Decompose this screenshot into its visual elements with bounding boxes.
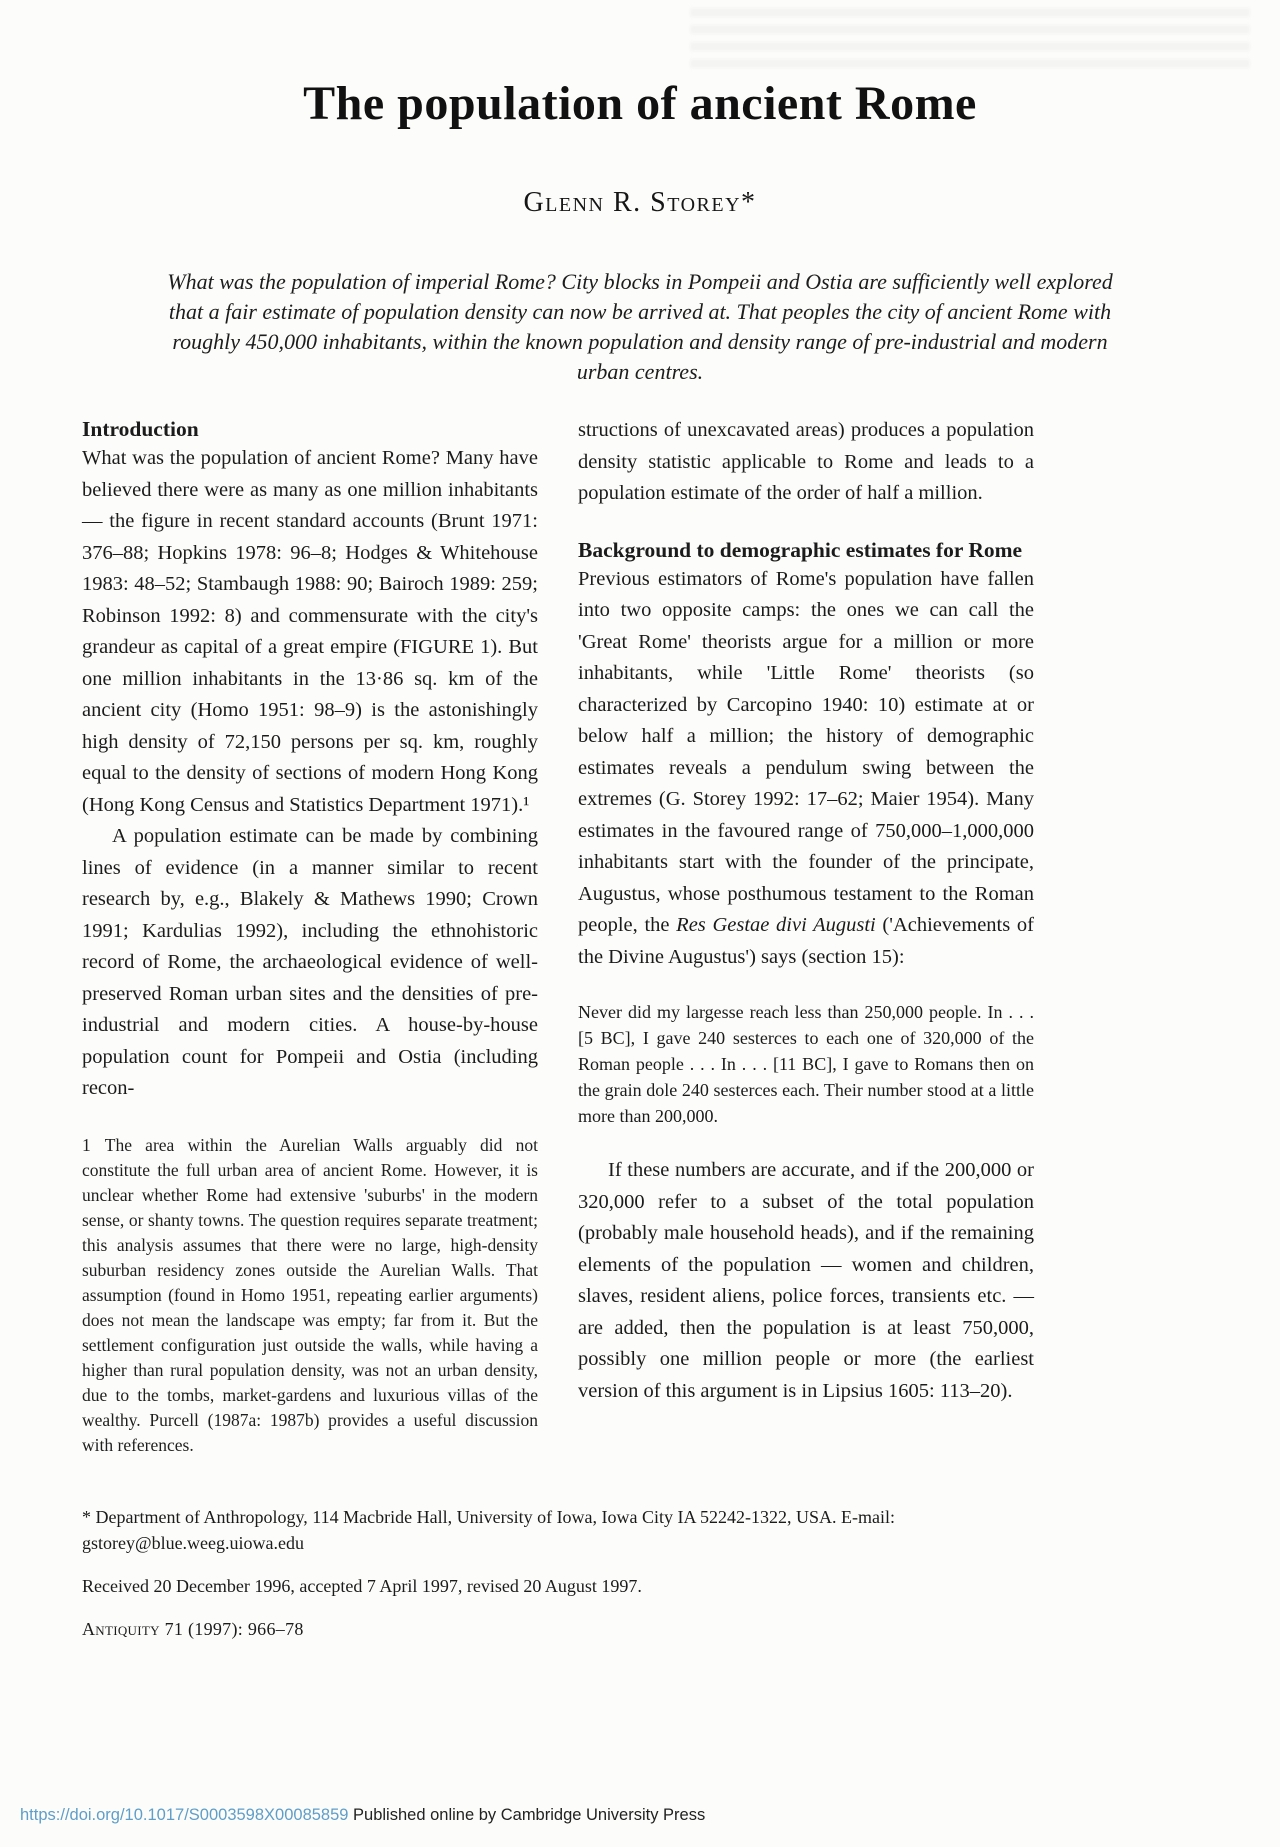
paragraph-continuation: structions of unexcavated areas) produce… — [578, 415, 1034, 510]
doi-link[interactable]: https://doi.org/10.1017/S0003598X0008585… — [20, 1806, 348, 1824]
latin-work-title: Res Gestae divi Augusti — [676, 914, 876, 936]
paragraph-background-1-lead: Previous estimators of Rome's population… — [578, 568, 1034, 937]
author-name: Glenn R. Storey* — [0, 187, 1280, 219]
paragraph-background-2: If these numbers are accurate, and if th… — [578, 1155, 1034, 1407]
two-column-body: Introduction What was the population of … — [82, 415, 1034, 1458]
page-footer: * Department of Anthropology, 114 Macbri… — [82, 1504, 1040, 1642]
author-affiliation: * Department of Anthropology, 114 Macbri… — [82, 1504, 1040, 1556]
footnote-text: The area within the Aurelian Walls argua… — [82, 1135, 538, 1455]
abstract-text: What was the population of imperial Rome… — [158, 267, 1123, 387]
block-quote-res-gestae: Never did my largesse reach less than 25… — [578, 999, 1034, 1129]
section-heading-introduction: Introduction — [82, 415, 538, 443]
left-column: Introduction What was the population of … — [82, 415, 538, 1458]
published-online-text: Published online by Cambridge University… — [348, 1806, 705, 1824]
footnote-1: 1The area within the Aurelian Walls argu… — [82, 1133, 538, 1458]
right-column: structions of unexcavated areas) produce… — [578, 415, 1034, 1458]
footnote-marker: 1 — [82, 1135, 105, 1155]
scanned-paper-page: The population of ancient Rome Glenn R. … — [0, 0, 1280, 1847]
paper-title: The population of ancient Rome — [0, 0, 1280, 131]
journal-citation: Antiquity 71 (1997): 966–78 — [82, 1616, 1040, 1642]
paragraph-intro-1: What was the population of ancient Rome?… — [82, 443, 538, 821]
paragraph-background-1: Previous estimators of Rome's population… — [578, 564, 1034, 974]
received-dates: Received 20 December 1996, accepted 7 Ap… — [82, 1573, 1040, 1599]
paragraph-intro-2: A population estimate can be made by com… — [82, 821, 538, 1105]
doi-bar: https://doi.org/10.1017/S0003598X0008585… — [20, 1806, 705, 1825]
section-heading-background: Background to demographic estimates for … — [578, 536, 1034, 564]
